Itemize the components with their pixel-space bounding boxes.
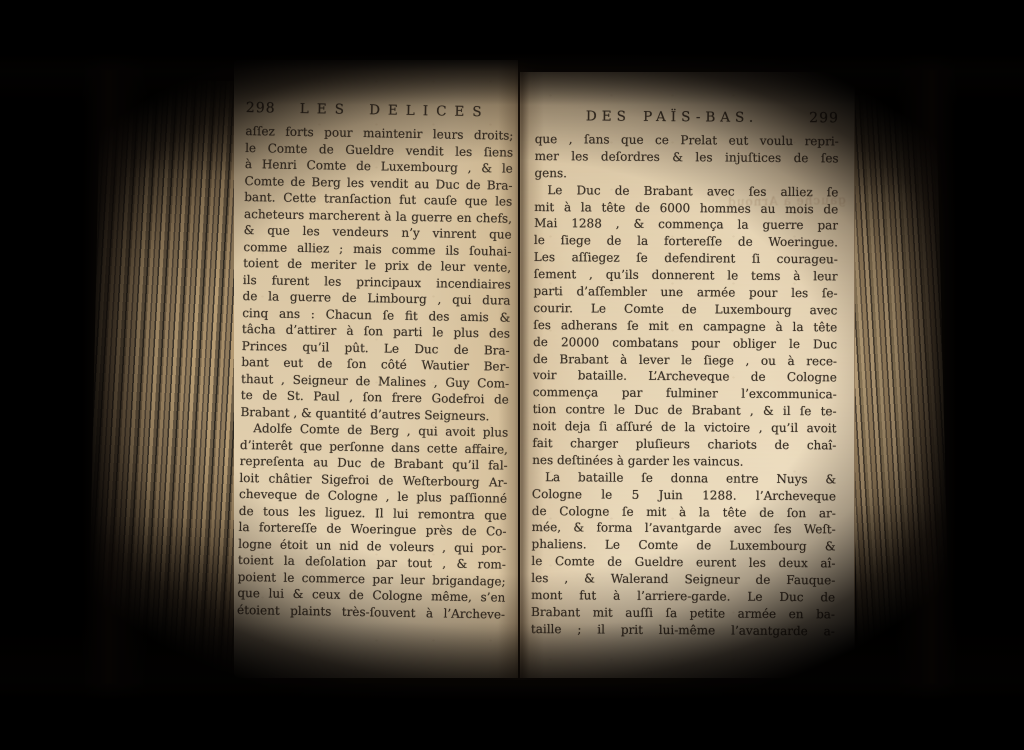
text-line: mer les deſordres & les injuſtices de ſe… [535,148,839,167]
text-line: courir. Le Comte de Luxembourg avec [533,300,837,319]
text-line: Le Duc de Brabant avec ſes alliez ſe [534,182,838,201]
right-fore-edge-page-stack [844,93,950,661]
left-running-title: LES DELICES [275,101,514,121]
text-line: de 20000 combatans pour obliger le Duc [533,334,837,353]
right-page-text-column: DES PAÏS-BAS. 299 que , ſans que ce Prel… [531,108,839,640]
left-page-number: 298 [246,100,276,117]
right-page-number: 299 [809,110,839,126]
right-page: gauche à Arnoud DES PAÏS-BAS. 299 que , … [520,72,855,678]
text-line: Brabant mit auſſi ſa petite armée en ba- [531,604,835,623]
text-line: ſes adherans ſe mit en campagne à la têt… [533,317,837,336]
left-page: 298 LES DELICES aſſez forts pour mainten… [234,60,518,678]
left-fore-edge-page-stack [88,78,251,671]
text-line: nes deſtinées à garder les vaincus. [532,452,836,471]
text-line: Cologne le 5 Juin 1288. l’Archeveque [532,486,836,505]
text-line: taille ; il prit lui-même l’avantgarde a… [531,621,835,640]
left-running-head: 298 LES DELICES [246,100,514,121]
right-running-head: DES PAÏS-BAS. 299 [535,108,839,126]
binding-gutter-shadow [498,58,544,680]
right-page-body: que , ſans que ce Prelat eut voulu repri… [531,131,839,640]
text-line: La bataille ſe donna entre Nuys & [532,469,836,488]
left-page-text-column: 298 LES DELICES aſſez forts pour mainten… [237,100,514,623]
left-page-body: aſſez forts pour maintenir leurs droits;… [237,123,514,623]
book-photograph: 298 LES DELICES aſſez forts pour mainten… [0,0,1024,750]
right-running-title: DES PAÏS-BAS. [535,108,809,126]
